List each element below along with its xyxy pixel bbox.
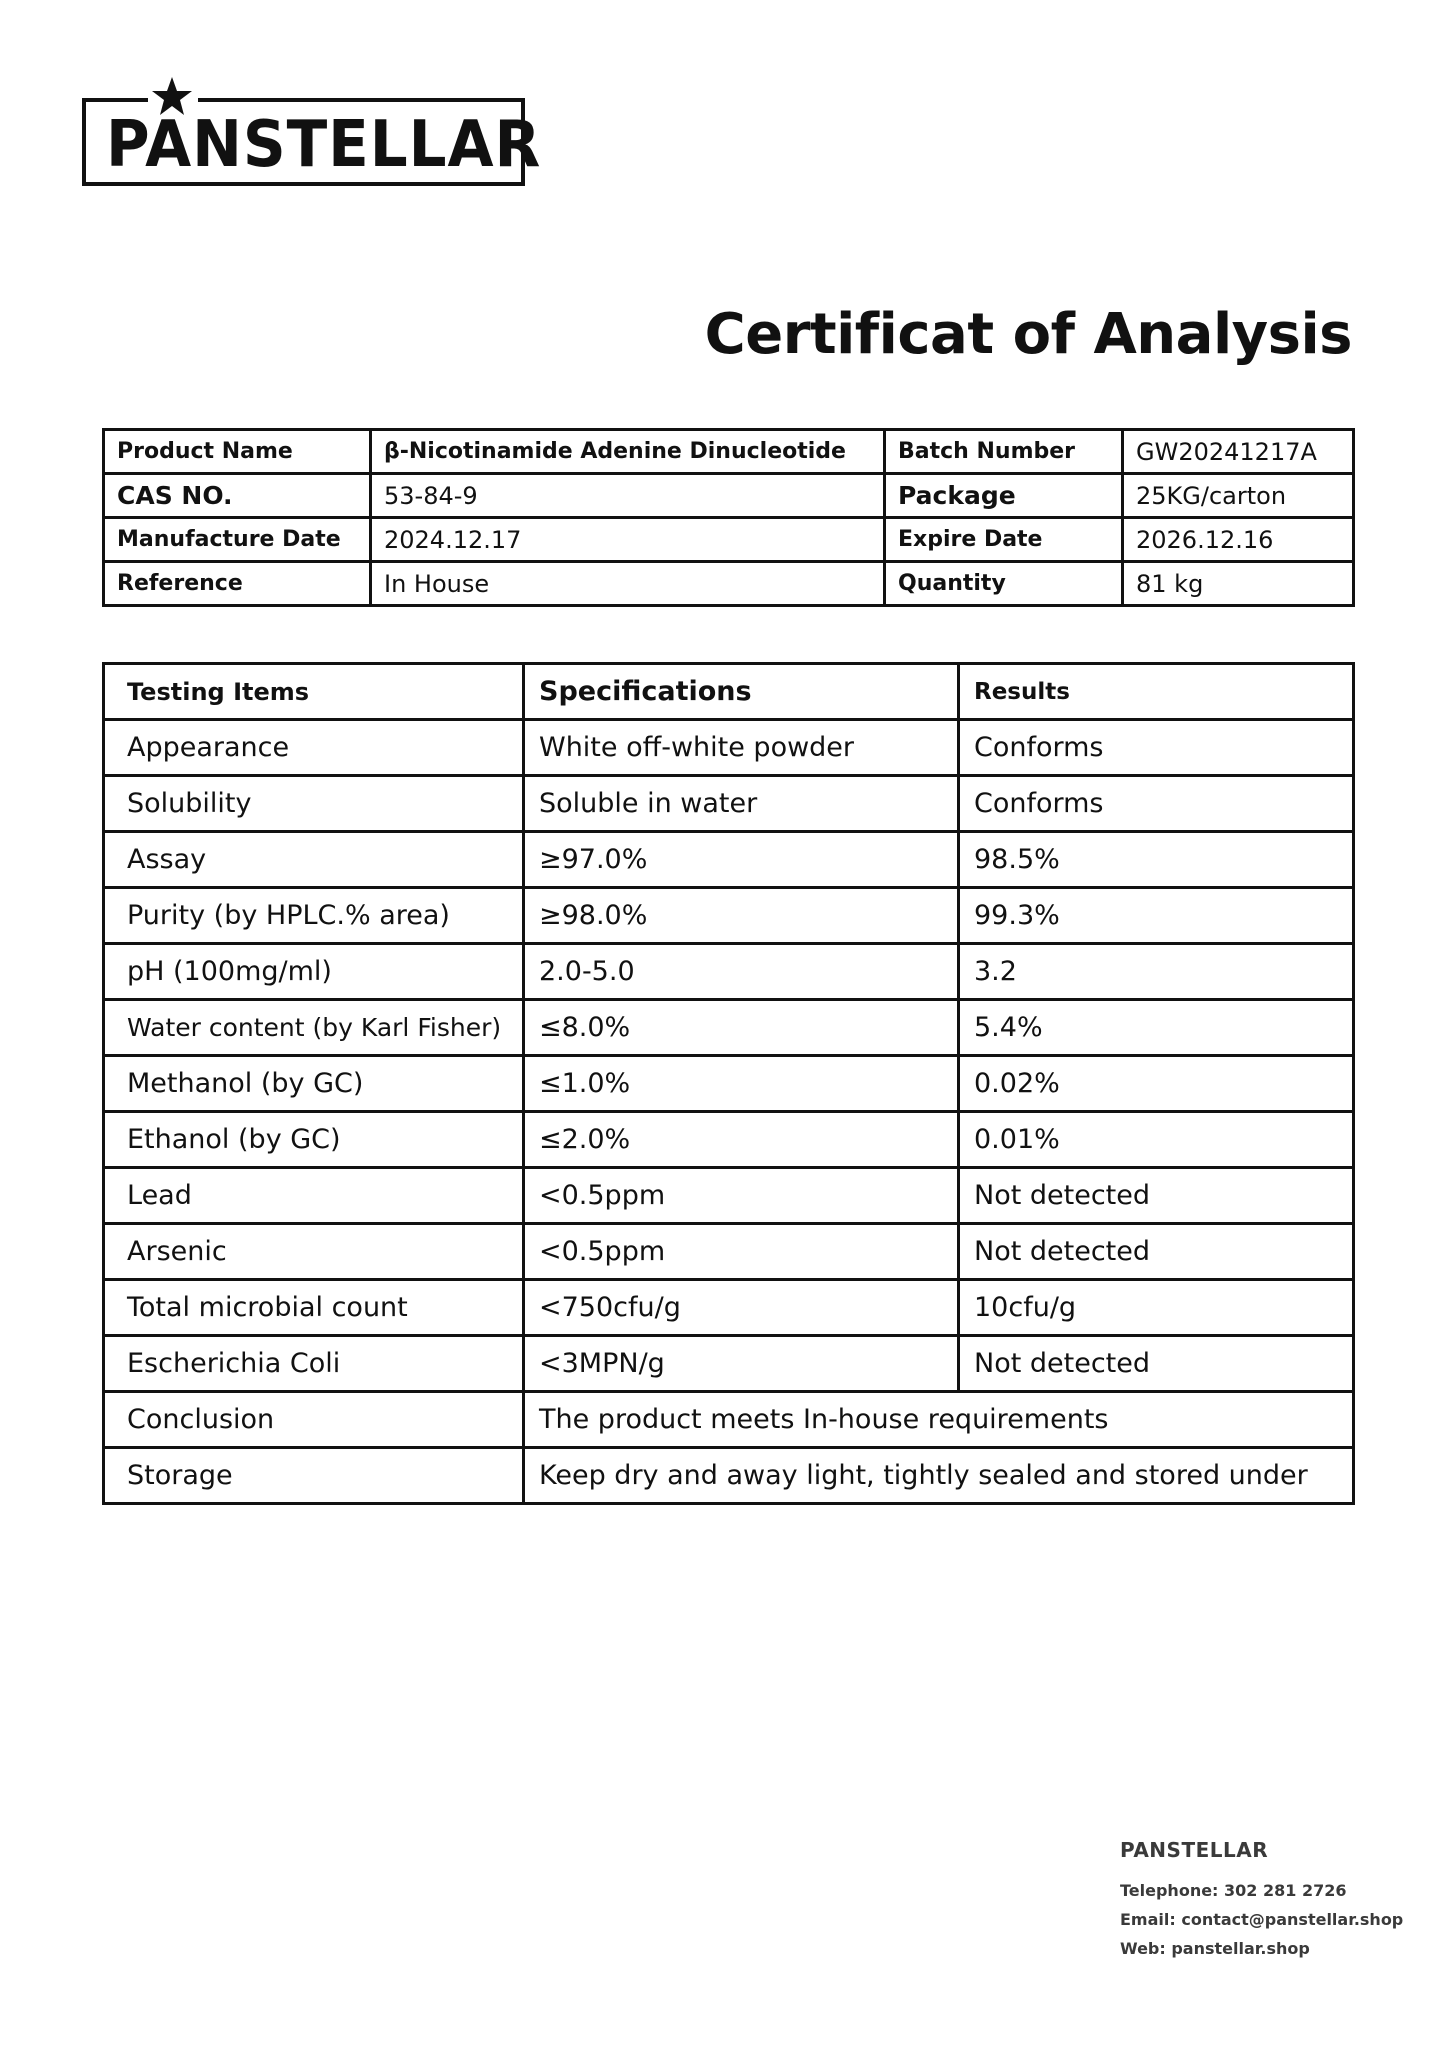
test-spec-cell: Soluble in water: [524, 776, 959, 832]
test-spec-cell: <750cfu/g: [524, 1280, 959, 1336]
storage-label: Storage: [104, 1448, 524, 1504]
company-contact-footer: PANSTELLAR Telephone: 302 281 2726 Email…: [1120, 1838, 1403, 1963]
test-spec-cell: <0.5ppm: [524, 1224, 959, 1280]
table-row: pH (100mg/ml)2.0-5.03.2: [104, 944, 1354, 1000]
batch-number-value: GW20241217A: [1123, 430, 1354, 474]
package-label: Package: [885, 474, 1123, 518]
test-result-cell: 0.01%: [959, 1112, 1354, 1168]
test-spec-cell: ≤1.0%: [524, 1056, 959, 1112]
test-spec-cell: ≥98.0%: [524, 888, 959, 944]
table-row: Lead<0.5ppmNot detected: [104, 1168, 1354, 1224]
table-header-row: Testing Items Specifications Results: [104, 664, 1354, 720]
storage-row: Storage Keep dry and away light, tightly…: [104, 1448, 1354, 1504]
test-item-cell: Lead: [104, 1168, 524, 1224]
footer-email: Email: contact@panstellar.shop: [1120, 1905, 1403, 1934]
expire-date-value: 2026.12.16: [1123, 518, 1354, 562]
test-item-cell: Ethanol (by GC): [104, 1112, 524, 1168]
table-row: AppearanceWhite off-white powderConforms: [104, 720, 1354, 776]
test-item-cell: Solubility: [104, 776, 524, 832]
test-item-cell: Methanol (by GC): [104, 1056, 524, 1112]
batch-number-label: Batch Number: [885, 430, 1123, 474]
test-item-cell: Total microbial count: [104, 1280, 524, 1336]
conclusion-value: The product meets In-house requirements: [524, 1392, 1354, 1448]
footer-web: Web: panstellar.shop: [1120, 1934, 1403, 1963]
test-result-cell: 99.3%: [959, 888, 1354, 944]
table-row: Manufacture Date 2024.12.17 Expire Date …: [104, 518, 1354, 562]
test-item-cell: Arsenic: [104, 1224, 524, 1280]
product-name-value: β-Nicotinamide Adenine Dinucleotide: [371, 430, 885, 474]
test-spec-cell: 2.0-5.0: [524, 944, 959, 1000]
quantity-label: Quantity: [885, 562, 1123, 606]
test-result-cell: 0.02%: [959, 1056, 1354, 1112]
table-row: Reference In House Quantity 81 kg: [104, 562, 1354, 606]
reference-label: Reference: [104, 562, 371, 606]
test-result-cell: Not detected: [959, 1168, 1354, 1224]
table-row: Total microbial count<750cfu/g10cfu/g: [104, 1280, 1354, 1336]
table-row: CAS NO. 53-84-9 Package 25KG/carton: [104, 474, 1354, 518]
conclusion-label: Conclusion: [104, 1392, 524, 1448]
table-row: Methanol (by GC)≤1.0%0.02%: [104, 1056, 1354, 1112]
column-header-specifications: Specifications: [524, 664, 959, 720]
table-row: Escherichia Coli<3MPN/gNot detected: [104, 1336, 1354, 1392]
cas-no-value: 53-84-9: [371, 474, 885, 518]
company-logo: PANSTELLAR: [82, 98, 525, 186]
test-result-cell: Conforms: [959, 776, 1354, 832]
test-results-table: Testing Items Specifications Results App…: [102, 662, 1355, 1505]
product-info-table: Product Name β-Nicotinamide Adenine Dinu…: [102, 428, 1355, 607]
manufacture-date-label: Manufacture Date: [104, 518, 371, 562]
test-spec-cell: White off-white powder: [524, 720, 959, 776]
cas-no-label: CAS NO.: [104, 474, 371, 518]
column-header-testing-items: Testing Items: [104, 664, 524, 720]
footer-telephone: Telephone: 302 281 2726: [1120, 1876, 1403, 1905]
test-item-cell: Escherichia Coli: [104, 1336, 524, 1392]
test-result-cell: 3.2: [959, 944, 1354, 1000]
test-spec-cell: ≤2.0%: [524, 1112, 959, 1168]
test-spec-cell: ≥97.0%: [524, 832, 959, 888]
table-row: Ethanol (by GC)≤2.0%0.01%: [104, 1112, 1354, 1168]
reference-value: In House: [371, 562, 885, 606]
test-result-cell: Conforms: [959, 720, 1354, 776]
table-row: Water content (by Karl Fisher)≤8.0%5.4%: [104, 1000, 1354, 1056]
test-result-cell: Not detected: [959, 1336, 1354, 1392]
expire-date-label: Expire Date: [885, 518, 1123, 562]
product-name-label: Product Name: [104, 430, 371, 474]
conclusion-row: Conclusion The product meets In-house re…: [104, 1392, 1354, 1448]
package-value: 25KG/carton: [1123, 474, 1354, 518]
footer-company-name: PANSTELLAR: [1120, 1838, 1403, 1862]
test-item-cell: Appearance: [104, 720, 524, 776]
table-row: Arsenic<0.5ppmNot detected: [104, 1224, 1354, 1280]
column-header-results: Results: [959, 664, 1354, 720]
document-title: Certificat of Analysis: [705, 300, 1352, 370]
table-row: Assay≥97.0%98.5%: [104, 832, 1354, 888]
test-item-cell: Assay: [104, 832, 524, 888]
logo-text: PANSTELLAR: [106, 112, 541, 178]
test-item-cell: pH (100mg/ml): [104, 944, 524, 1000]
test-item-cell: Purity (by HPLC.% area): [104, 888, 524, 944]
test-result-cell: 5.4%: [959, 1000, 1354, 1056]
test-result-cell: Not detected: [959, 1224, 1354, 1280]
storage-value: Keep dry and away light, tightly sealed …: [524, 1448, 1354, 1504]
table-row: SolubilitySoluble in waterConforms: [104, 776, 1354, 832]
test-result-cell: 98.5%: [959, 832, 1354, 888]
test-spec-cell: ≤8.0%: [524, 1000, 959, 1056]
quantity-value: 81 kg: [1123, 562, 1354, 606]
table-row: Product Name β-Nicotinamide Adenine Dinu…: [104, 430, 1354, 474]
test-result-cell: 10cfu/g: [959, 1280, 1354, 1336]
test-spec-cell: <3MPN/g: [524, 1336, 959, 1392]
table-row: Purity (by HPLC.% area)≥98.0%99.3%: [104, 888, 1354, 944]
test-spec-cell: <0.5ppm: [524, 1168, 959, 1224]
manufacture-date-value: 2024.12.17: [371, 518, 885, 562]
test-item-cell: Water content (by Karl Fisher): [104, 1000, 524, 1056]
